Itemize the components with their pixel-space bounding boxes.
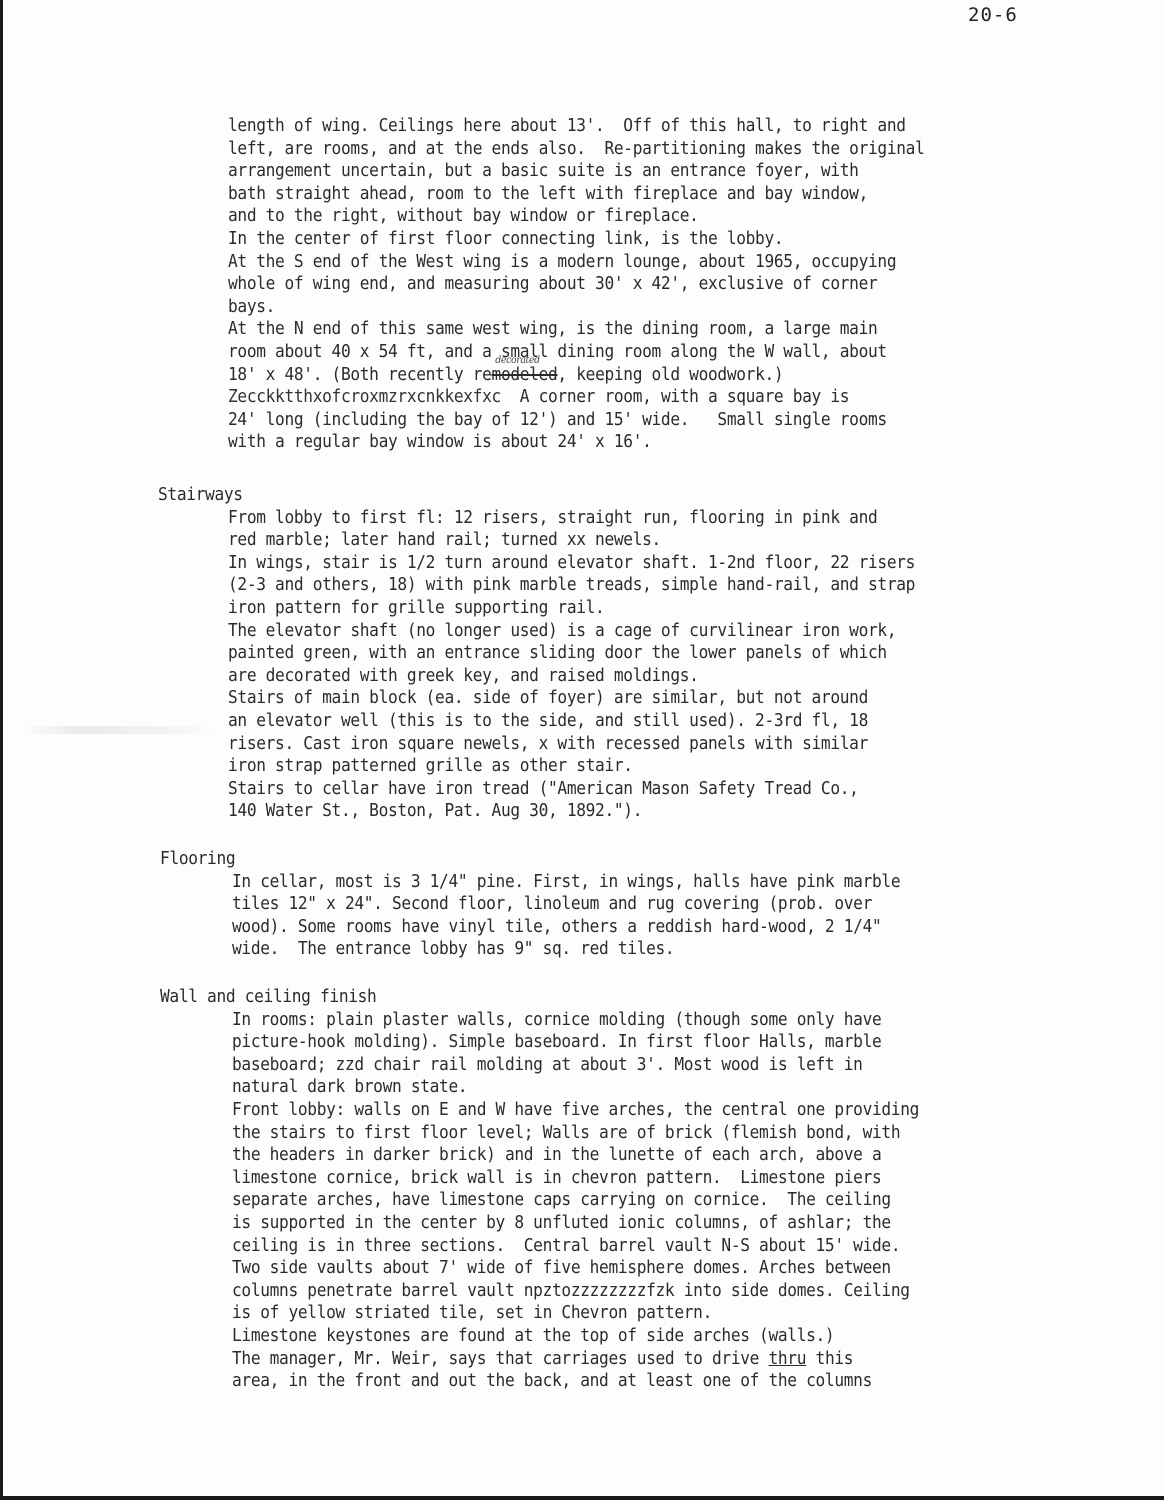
document-page: 20-6 length of wing. Ceilings here about… [0,0,1164,1500]
section-stairways: Stairways From lobby to first fl: 12 ris… [158,484,1118,823]
section-line: Stairs of main block (ea. side of foyer)… [228,687,1056,710]
section-line: tiles 12" x 24". Second floor, linoleum … [232,893,1058,916]
section-line: In rooms: plain plaster walls, cornice m… [232,1009,1058,1032]
section-line: the stairs to first floor level; Walls a… [232,1122,1058,1145]
page-number: 20-6 [968,4,1018,26]
manager-after: this [806,1349,853,1369]
intro-line: At the S end of the West wing is a moder… [228,251,1065,274]
intro-line: with a regular bay window is about 24' x… [228,431,1065,454]
intro-line: length of wing. Ceilings here about 13'.… [228,115,1065,138]
section-line: Limestone keystones are found at the top… [232,1325,1058,1348]
section-line: The elevator shaft (no longer used) is a… [228,620,1056,643]
section-flooring: Flooring In cellar, most is 3 1/4" pine.… [160,848,1120,961]
scan-bottom-edge [0,1496,1164,1500]
section-line: area, in the front and out the back, and… [232,1370,1058,1393]
section-body: In cellar, most is 3 1/4" pine. First, i… [232,871,1120,961]
section-line: separate arches, have limestone caps car… [232,1189,1058,1212]
strikeover-line: Zecckktthxofcroxmzrxcnkkexfxc A corner r… [228,386,1065,409]
intro-block: length of wing. Ceilings here about 13'.… [228,115,1128,454]
section-line: natural dark brown state. [232,1076,1058,1099]
section-line: is of yellow striated tile, set in Chevr… [232,1302,1058,1325]
scan-left-edge [0,0,3,1500]
strikeover-text: A corner room, with a square bay is [501,387,849,407]
section-line: iron pattern for grille supporting rail. [228,597,1056,620]
section-wall-ceiling-finish: Wall and ceiling finish In rooms: plain … [160,986,1120,1393]
remodel-after: , keeping old woodwork.) [557,365,783,385]
section-line: the headers in darker brick) and in the … [232,1144,1058,1167]
manager-before: The manager, Mr. Weir, says that carriag… [232,1349,768,1369]
underlined-word: thru [768,1349,806,1369]
section-body: From lobby to first fl: 12 risers, strai… [228,507,1118,823]
section-line: (2-3 and others, 18) with pink marble tr… [228,574,1056,597]
section-line: Front lobby: walls on E and W have five … [232,1099,1058,1122]
section-line: picture-hook molding). Simple baseboard.… [232,1031,1058,1054]
handwritten-correction: decoratedmodeled [492,364,558,387]
section-line: Stairs to cellar have iron tread ("Ameri… [228,778,1056,801]
intro-line: arrangement uncertain, but a basic suite… [228,160,1065,183]
section-line: In wings, stair is 1/2 turn around eleva… [228,552,1056,575]
section-line: iron strap patterned grille as other sta… [228,755,1056,778]
typed-strikeover: Zecckktthxofcroxmzrxcnkkexfxc [228,387,501,407]
section-line: wide. The entrance lobby has 9" sq. red … [232,938,1058,961]
section-line: 140 Water St., Boston, Pat. Aug 30, 1892… [228,800,1056,823]
intro-line: bays. [228,296,1065,319]
section-line: baseboard; zzd chair rail molding at abo… [232,1054,1058,1077]
section-line: wood). Some rooms have vinyl tile, other… [232,916,1058,939]
section-heading: Wall and ceiling finish [160,986,1053,1009]
intro-line: room about 40 x 54 ft, and a small dinin… [228,341,1065,364]
section-line: In cellar, most is 3 1/4" pine. First, i… [232,871,1058,894]
manager-line: The manager, Mr. Weir, says that carriag… [232,1348,1058,1371]
intro-line: and to the right, without bay window or … [228,205,1065,228]
section-line: is supported in the center by 8 unfluted… [232,1212,1058,1235]
section-line: risers. Cast iron square newels, x with … [228,733,1056,756]
section-line: are decorated with greek key, and raised… [228,665,1056,688]
intro-line: bath straight ahead, room to the left wi… [228,183,1065,206]
intro-line: In the center of first floor connecting … [228,228,1065,251]
section-line: Two side vaults about 7' wide of five he… [232,1257,1058,1280]
section-line: red marble; later hand rail; turned xx n… [228,529,1056,552]
intro-line: 24' long (including the bay of 12') and … [228,409,1065,432]
intro-line: At the N end of this same west wing, is … [228,318,1065,341]
section-heading: Flooring [160,848,1053,871]
section-line: painted green, with an entrance sliding … [228,642,1056,665]
intro-line: whole of wing end, and measuring about 3… [228,273,1065,296]
intro-line: left, are rooms, and at the ends also. R… [228,138,1065,161]
remodel-before: 18' x 48'. (Both recently re [228,365,492,385]
section-line: ceiling is in three sections. Central ba… [232,1235,1058,1258]
section-body: In rooms: plain plaster walls, cornice m… [232,1009,1120,1393]
section-line: From lobby to first fl: 12 risers, strai… [228,507,1056,530]
remodel-line: 18' x 48'. (Both recently redecoratedmod… [228,364,1065,387]
section-line: an elevator well (this is to the side, a… [228,710,1056,733]
section-heading: Stairways [158,484,1051,507]
section-line: limestone cornice, brick wall is in chev… [232,1167,1058,1190]
section-line: columns penetrate barrel vault npztozzzz… [232,1280,1058,1303]
handwritten-insertion: decorated [495,350,540,373]
